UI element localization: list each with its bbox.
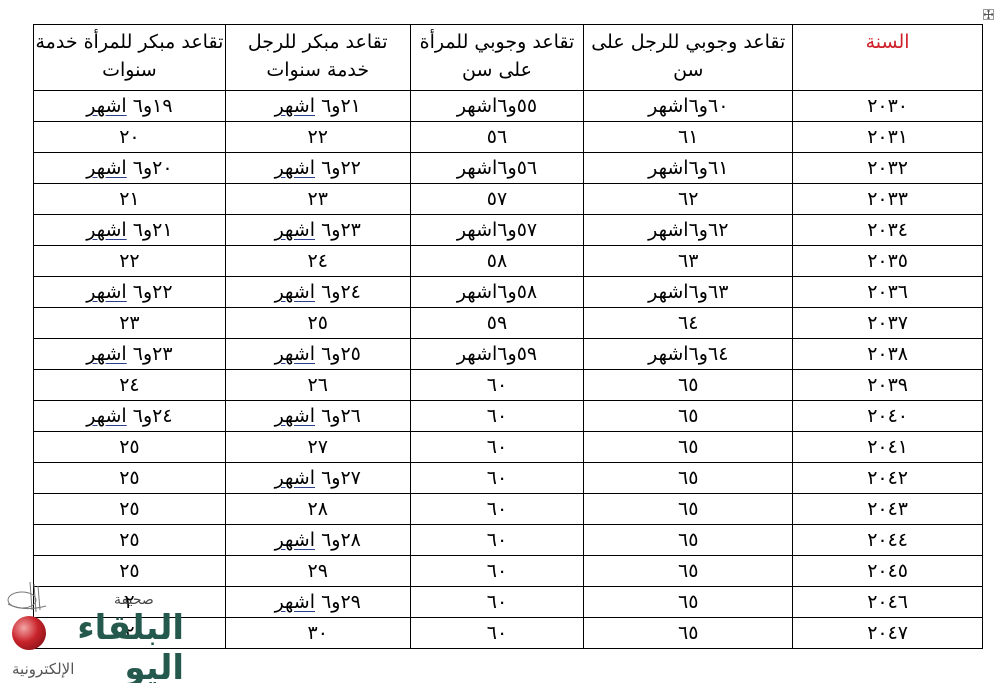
table-row: ٢٠٣٣٦٢٥٧٢٣٢١ — [34, 184, 983, 215]
cell-mandatory-man: ٦٥ — [584, 370, 793, 401]
cell-mandatory-man: ٦٥ — [584, 494, 793, 525]
cell-year: ٢٠٤٦ — [793, 587, 983, 618]
months-word: اشهر — [275, 467, 315, 489]
cell-early-woman: ٢٤ — [34, 370, 226, 401]
months-word: اشهر — [275, 343, 315, 365]
cell-early-woman: ٢٢و٦ اشهر — [34, 277, 226, 308]
table-row: ٢٠٣١٦١٥٦٢٢٢٠ — [34, 122, 983, 153]
cell-mandatory-woman: ٦٠ — [410, 401, 584, 432]
cell-early-woman: ٢٥ — [34, 525, 226, 556]
cell-mandatory-man: ٦٥ — [584, 556, 793, 587]
months-word: اشهر — [86, 157, 126, 179]
cell-early-woman: ٢٢ — [34, 246, 226, 277]
table-row: ٢٠٤١٦٥٦٠٢٧٢٥ — [34, 432, 983, 463]
cell-year: ٢٠٤٢ — [793, 463, 983, 494]
months-word: اشهر — [275, 281, 315, 303]
months-word: اشهر — [275, 157, 315, 179]
table-row: ٢٠٣٢٦١و٦اشهر٥٦و٦اشهر٢٢و٦ اشهر٢٠و٦ اشهر — [34, 153, 983, 184]
cell-early-man: ٢٣ — [225, 184, 410, 215]
cell-early-man: ٣٠ — [225, 618, 410, 649]
table-row: ٢٠٤٣٦٥٦٠٢٨٢٥ — [34, 494, 983, 525]
page-label: صحيفة — [114, 592, 154, 608]
header-year: السنة — [793, 25, 983, 91]
header-early-man: تقاعد مبكر للرجل خدمة سنوات — [225, 25, 410, 91]
cell-mandatory-man: ٦٠و٦اشهر — [584, 91, 793, 122]
cell-year: ٢٠٤١ — [793, 432, 983, 463]
cell-mandatory-woman: ٥٦و٦اشهر — [410, 153, 584, 184]
cell-mandatory-woman: ٥٦ — [410, 122, 584, 153]
cell-year: ٢٠٣٣ — [793, 184, 983, 215]
cell-mandatory-man: ٦٣و٦اشهر — [584, 277, 793, 308]
cell-early-man: ٢٩و٦ اشهر — [225, 587, 410, 618]
cell-mandatory-man: ٦٥ — [584, 432, 793, 463]
cell-early-woman: ٢٥ — [34, 432, 226, 463]
cell-early-woman: ٢٣و٦ اشهر — [34, 339, 226, 370]
cell-mandatory-woman: ٦٠ — [410, 370, 584, 401]
cell-early-man: ٢٩ — [225, 556, 410, 587]
cell-early-woman: ٢١ — [34, 184, 226, 215]
table-row: ٢٠٣٥٦٣٥٨٢٤٢٢ — [34, 246, 983, 277]
cell-year: ٢٠٣٧ — [793, 308, 983, 339]
cell-mandatory-woman: ٦٠ — [410, 494, 584, 525]
cell-mandatory-man: ٦٥ — [584, 463, 793, 494]
cell-mandatory-woman: ٦٠ — [410, 463, 584, 494]
table-row: ٢٠٣٠٦٠و٦اشهر٥٥و٦اشهر٢١و٦ اشهر١٩و٦ اشهر — [34, 91, 983, 122]
cell-year: ٢٠٤٥ — [793, 556, 983, 587]
table-row: ٢٠٤٢٦٥٦٠٢٧و٦ اشهر٢٥ — [34, 463, 983, 494]
cell-early-man: ٢٨ — [225, 494, 410, 525]
cell-mandatory-woman: ٥٩ — [410, 308, 584, 339]
calligraphy-signature-icon — [4, 580, 54, 620]
cell-early-man: ٢٤ — [225, 246, 410, 277]
cell-early-woman: ٢٥ — [34, 463, 226, 494]
cell-year: ٢٠٣٠ — [793, 91, 983, 122]
table-row: ٢٠٤٠٦٥٦٠٢٦و٦ اشهر٢٤و٦ اشهر — [34, 401, 983, 432]
cell-early-man: ٢٥و٦ اشهر — [225, 339, 410, 370]
cell-early-woman: ٢٠ — [34, 122, 226, 153]
cell-mandatory-woman: ٦٠ — [410, 432, 584, 463]
retirement-schedule-table: السنة تقاعد وجوبي للرجل على سن تقاعد وجو… — [33, 24, 983, 649]
cell-early-man: ٢٣و٦ اشهر — [225, 215, 410, 246]
cell-early-man: ٢٧ — [225, 432, 410, 463]
cell-mandatory-man: ٦٤و٦اشهر — [584, 339, 793, 370]
cell-early-woman: ١٩و٦ اشهر — [34, 91, 226, 122]
months-word: اشهر — [86, 405, 126, 427]
cell-mandatory-woman: ٥٨ — [410, 246, 584, 277]
cell-mandatory-woman: ٦٠ — [410, 556, 584, 587]
cell-early-woman: ٢٠و٦ اشهر — [34, 153, 226, 184]
cell-mandatory-man: ٦٥ — [584, 587, 793, 618]
cell-early-man: ٢٦ — [225, 370, 410, 401]
cell-mandatory-man: ٦٥ — [584, 618, 793, 649]
cell-early-woman: ٢٣ — [34, 308, 226, 339]
cell-year: ٢٠٣٤ — [793, 215, 983, 246]
cell-year: ٢٠٣٥ — [793, 246, 983, 277]
cell-mandatory-woman: ٥٨و٦اشهر — [410, 277, 584, 308]
cell-year: ٢٠٣٦ — [793, 277, 983, 308]
cell-early-woman: ٢٥ — [34, 494, 226, 525]
months-word: اشهر — [86, 343, 126, 365]
cell-year: ٢٠٤٧ — [793, 618, 983, 649]
cell-year: ٢٠٣١ — [793, 122, 983, 153]
cell-year: ٢٠٣٢ — [793, 153, 983, 184]
cell-early-man: ٢٢و٦ اشهر — [225, 153, 410, 184]
table-row: ٢٠٣٧٦٤٥٩٢٥٢٣ — [34, 308, 983, 339]
cell-mandatory-man: ٦٣ — [584, 246, 793, 277]
globe-icon — [12, 616, 46, 650]
cell-mandatory-man: ٦١ — [584, 122, 793, 153]
table-row: ٢٠٤٤٦٥٦٠٢٨و٦ اشهر٢٥ — [34, 525, 983, 556]
cell-mandatory-woman: ٦٠ — [410, 618, 584, 649]
months-word: اشهر — [86, 281, 126, 303]
cell-early-man: ٢١و٦ اشهر — [225, 91, 410, 122]
months-word: اشهر — [275, 591, 315, 613]
cell-mandatory-man: ٦٢و٦اشهر — [584, 215, 793, 246]
watermark-logo: صحيفة البلقاء اليو الإلكترونية — [4, 580, 184, 683]
cell-year: ٢٠٤٣ — [793, 494, 983, 525]
cell-early-man: ٢٥ — [225, 308, 410, 339]
cell-early-man: ٢٨و٦ اشهر — [225, 525, 410, 556]
cell-early-woman: ٢٤و٦ اشهر — [34, 401, 226, 432]
cell-mandatory-woman: ٥٧و٦اشهر — [410, 215, 584, 246]
cell-mandatory-woman: ٦٠ — [410, 525, 584, 556]
cell-mandatory-man: ٦١و٦اشهر — [584, 153, 793, 184]
header-row: السنة تقاعد وجوبي للرجل على سن تقاعد وجو… — [34, 25, 983, 91]
cell-early-man: ٢٧و٦ اشهر — [225, 463, 410, 494]
cell-early-woman: ٢١و٦ اشهر — [34, 215, 226, 246]
cell-early-man: ٢٤و٦ اشهر — [225, 277, 410, 308]
table-row: ٢٠٣٩٦٥٦٠٢٦٢٤ — [34, 370, 983, 401]
cell-mandatory-woman: ٥٩و٦اشهر — [410, 339, 584, 370]
table-row: ٢٠٣٤٦٢و٦اشهر٥٧و٦اشهر٢٣و٦ اشهر٢١و٦ اشهر — [34, 215, 983, 246]
cell-year: ٢٠٣٨ — [793, 339, 983, 370]
cell-mandatory-man: ٦٢ — [584, 184, 793, 215]
months-word: اشهر — [86, 219, 126, 241]
brand-subtitle: الإلكترونية — [12, 660, 74, 678]
cell-early-man: ٢٢ — [225, 122, 410, 153]
header-early-woman: تقاعد مبكر للمرأة خدمة سنوات — [34, 25, 226, 91]
months-word: اشهر — [275, 219, 315, 241]
cell-mandatory-man: ٦٥ — [584, 401, 793, 432]
cell-early-man: ٢٦و٦ اشهر — [225, 401, 410, 432]
months-word: اشهر — [275, 95, 315, 117]
cell-year: ٢٠٣٩ — [793, 370, 983, 401]
months-word: اشهر — [86, 95, 126, 117]
cell-mandatory-man: ٦٤ — [584, 308, 793, 339]
cell-mandatory-man: ٦٥ — [584, 525, 793, 556]
table-move-handle-icon[interactable] — [983, 9, 994, 20]
months-word: اشهر — [275, 529, 315, 551]
cell-year: ٢٠٤٠ — [793, 401, 983, 432]
header-mandatory-woman: تقاعد وجوبي للمرأة على سن — [410, 25, 584, 91]
cell-year: ٢٠٤٤ — [793, 525, 983, 556]
table-row: ٢٠٣٦٦٣و٦اشهر٥٨و٦اشهر٢٤و٦ اشهر٢٢و٦ اشهر — [34, 277, 983, 308]
table-row: ٢٠٣٨٦٤و٦اشهر٥٩و٦اشهر٢٥و٦ اشهر٢٣و٦ اشهر — [34, 339, 983, 370]
cell-mandatory-woman: ٥٥و٦اشهر — [410, 91, 584, 122]
cell-mandatory-woman: ٥٧ — [410, 184, 584, 215]
header-mandatory-man: تقاعد وجوبي للرجل على سن — [584, 25, 793, 91]
cell-mandatory-woman: ٦٠ — [410, 587, 584, 618]
months-word: اشهر — [275, 405, 315, 427]
